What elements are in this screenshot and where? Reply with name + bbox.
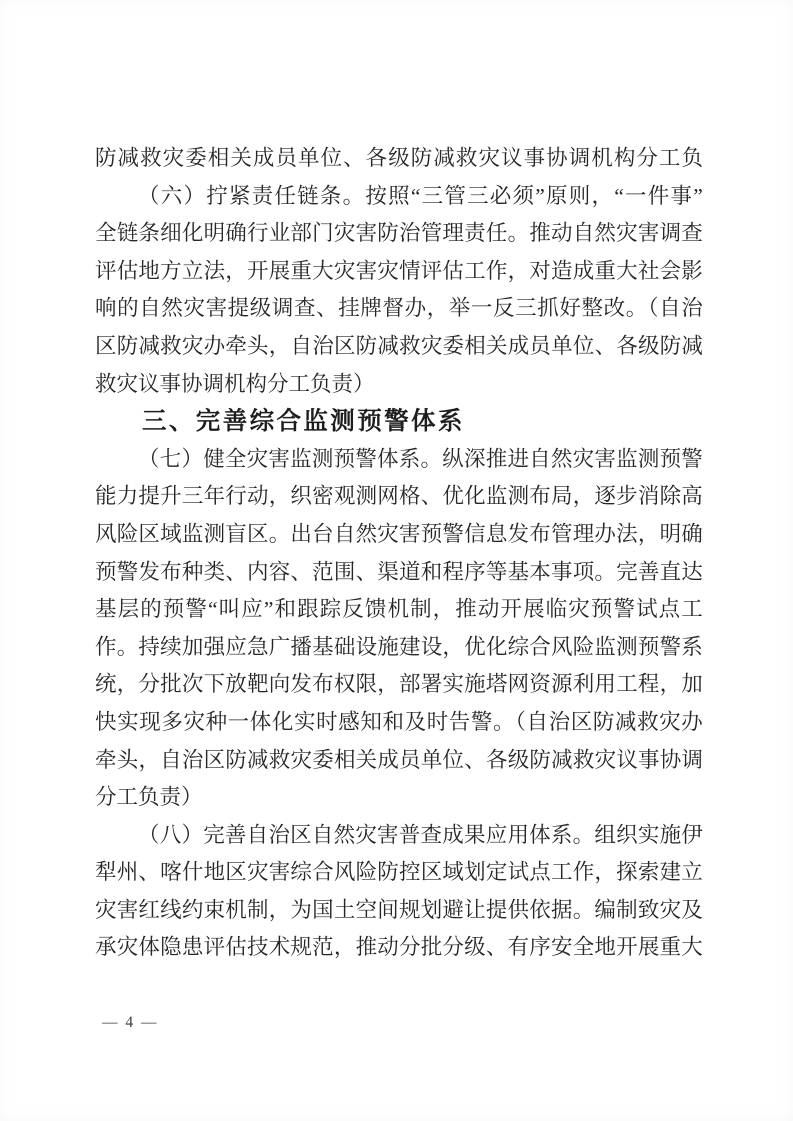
doc-line: （八）完善自治区自然灾害普查成果应用体系。组织实施伊 — [95, 817, 703, 855]
document-page: 防减救灾委相关成员单位、各级防减救灾议事协调机构分工负责） （六）拧紧责任链条。… — [0, 0, 793, 1121]
doc-line: 区防减救灾办牵头，自治区防减救灾委相关成员单位、各级防减 — [95, 328, 703, 366]
doc-line: 犁州、喀什地区灾害综合风险防控区域划定试点工作，探索建立 — [95, 854, 703, 892]
doc-line: 快实现多灾种一体化实时感知和及时告警。（自治区防减救灾办 — [95, 704, 703, 742]
doc-line: （七）健全灾害监测预警体系。纵深推进自然灾害监测预警 — [95, 441, 703, 479]
doc-line: 全链条细化明确行业部门灾害防治管理责任。推动自然灾害调查 — [95, 215, 703, 253]
doc-line: 能力提升三年行动，织密观测网格、优化监测布局，逐步消除高 — [95, 478, 703, 516]
doc-line: 统，分批次下放靶向发布权限，部署实施塔网资源利用工程，加 — [95, 666, 703, 704]
doc-line: 预警发布种类、内容、范围、渠道和程序等基本事项。完善直达 — [95, 554, 703, 592]
page-number: — 4 — — [102, 1012, 159, 1034]
doc-line: 承灾体隐患评估技术规范，推动分批分级、有序安全地开展重大 — [95, 929, 703, 967]
document-body-text: 防减救灾委相关成员单位、各级防减救灾议事协调机构分工负责） （六）拧紧责任链条。… — [95, 140, 703, 967]
doc-line: 牵头，自治区防减救灾委相关成员单位、各级防减救灾议事协调机构 — [95, 742, 703, 780]
doc-line: 作。持续加强应急广播基础设施建设，优化综合风险监测预警系 — [95, 629, 703, 667]
doc-line: 灾害红线约束机制，为国土空间规划避让提供依据。编制致灾及 — [95, 892, 703, 930]
doc-line: 救灾议事协调机构分工负责） — [95, 366, 703, 404]
doc-line: 风险区域监测盲区。出台自然灾害预警信息发布管理办法，明确 — [95, 516, 703, 554]
doc-line: 基层的预警“叫应”和跟踪反馈机制，推动开展临灾预警试点工 — [95, 591, 703, 629]
section-heading: 三、完善综合监测预警体系 — [95, 403, 703, 441]
doc-line: （六）拧紧责任链条。按照“三管三必须”原则，“一件事” — [95, 178, 703, 216]
doc-line: 响的自然灾害提级调查、挂牌督办，举一反三抓好整改。（自治 — [95, 290, 703, 328]
doc-line: 防减救灾委相关成员单位、各级防减救灾议事协调机构分工负责） — [95, 140, 703, 178]
doc-line: 评估地方立法，开展重大灾害灾情评估工作，对造成重大社会影 — [95, 253, 703, 291]
doc-line: 分工负责） — [95, 779, 703, 817]
